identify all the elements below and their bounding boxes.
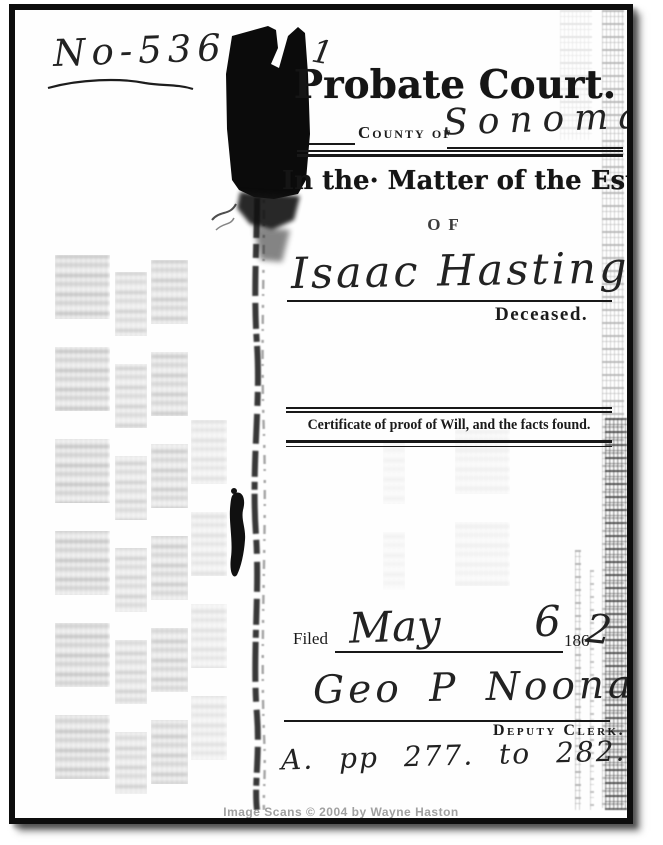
deceased-label: Deceased. [495,305,588,324]
clerk-signature: Geo P Noonan [313,665,627,710]
bleedthrough-stain [383,440,405,590]
bleedthrough-stain [115,272,147,794]
county-underline [447,147,623,149]
estate-heading: In the· Matter of the Estate [282,168,622,194]
certificate-rule-top-thin [286,407,612,409]
bleedthrough-stain [191,420,227,770]
filed-date-handwritten: May 6 [348,600,561,649]
scanned-document-photo: No-536 1 Probate Court. County of Sonoma… [9,4,633,824]
double-rule-thick [297,154,623,157]
case-number-underline [45,76,197,94]
ink-drip [221,487,255,582]
filed-year-handwritten: 2 [584,609,613,651]
decedent-name-handwritten: Isaac Hastings [291,247,627,296]
county-label: County of [358,124,453,141]
bleedthrough-stain [455,430,510,600]
county-lead-line [309,143,355,145]
certificate-caption: Certificate of proof of Will, and the fa… [297,418,600,433]
filed-underline [335,651,563,653]
certificate-rule-bottom-thin [286,446,612,447]
bleedthrough-stain [151,260,188,795]
of-word: OF [282,216,612,233]
double-rule-thin [297,150,623,152]
certificate-rule-top-thick [286,411,612,414]
case-number: No-536 [52,29,227,72]
county-value-handwritten: Sonoma [442,98,627,141]
bleedthrough-stain [55,255,110,800]
watermark-credit: Image Scans © 2004 by Wayne Haston [35,805,627,818]
probate-cover-page: No-536 1 Probate Court. County of Sonoma… [15,10,627,818]
decedent-underline [287,300,612,302]
filed-label: Filed [293,630,328,647]
certificate-rule-bottom-thick [286,440,612,443]
